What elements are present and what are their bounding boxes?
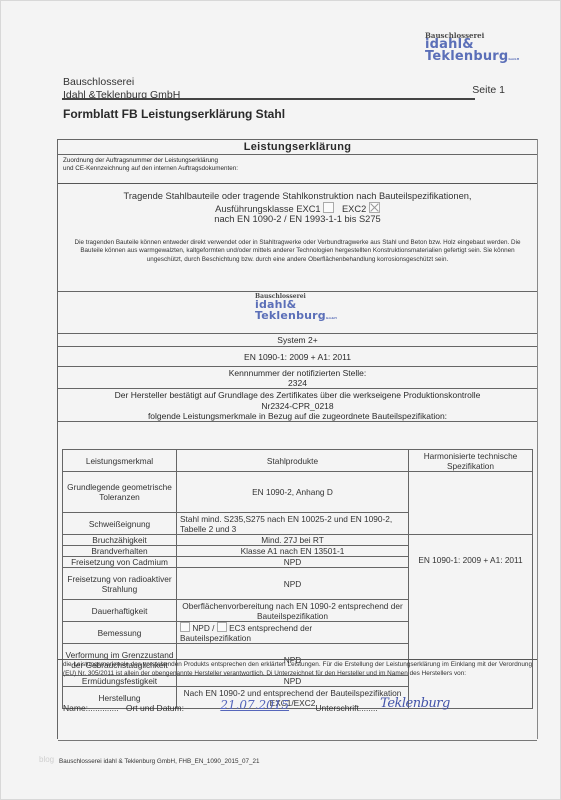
company-line-1: Bauschlosserei	[63, 76, 180, 89]
page-number: Seite 1	[472, 84, 505, 96]
logo-suffix: GmbH	[326, 316, 337, 320]
company-logo-small: Bauschlosserei idahl& TeklenburgGmbH	[255, 294, 337, 323]
declaration-form: Leistungserklärung Zuordnung der Auftrag…	[57, 139, 538, 739]
header-divider	[62, 98, 475, 100]
product-description: Die tragenden Bauteile können entweder d…	[64, 239, 531, 265]
handwritten-date: 21.07.2015	[220, 698, 289, 712]
npd-checkbox[interactable]	[180, 622, 190, 632]
product-line-3: nach EN 1090-2 / EN 1993-1-1 bis S275	[58, 214, 537, 225]
exc1-label: EXC1	[296, 204, 320, 214]
company-logo: Bauschlosserei idahl& TeklenburgGmbH	[425, 32, 519, 65]
manufacturer-line-3: folgende Leistungsmerkmale in Bezug auf …	[58, 411, 537, 422]
declaration-statement: die Leistungsmerkmale des vorstehenden P…	[58, 659, 537, 741]
feature-cell: Freisetzung von Cadmium	[63, 557, 177, 568]
bemessung-tail: Bauteilspezifikation	[180, 633, 251, 643]
feature-cell: Brandverhalten	[63, 546, 177, 557]
header-steel-products: Stahlprodukte	[177, 450, 409, 472]
assignment-line-1: Zuordnung der Auftragsnummer der Leistun…	[63, 157, 537, 165]
value-cell: Klasse A1 nach EN 13501-1	[177, 546, 409, 557]
manufacturer-line-1: Der Hersteller bestätigt auf Grundlage d…	[58, 390, 537, 401]
npd-label: NPD /	[192, 623, 214, 633]
feature-cell: Grundlegende geometrische Toleranzen	[63, 472, 177, 513]
assignment-line-2: und CE-Kennzeichnung auf den internen Au…	[63, 165, 537, 173]
execution-class-line: Ausführungsklasse EXC1 EXC2	[58, 202, 537, 215]
company-line-2: Idahl &Teklenburg GmbH	[63, 89, 180, 102]
feature-cell: Bruchzähigkeit	[63, 535, 177, 546]
footer-text: Bauschlosserei idahl & Teklenburg GmbH, …	[59, 758, 259, 765]
spec-cell-empty	[409, 472, 533, 535]
exc2-checkbox[interactable]	[369, 202, 380, 213]
feature-cell: Freisetzung von radioaktiver Strahlung	[63, 568, 177, 600]
standard-row: EN 1090-1: 2009 + A1: 2011	[58, 346, 537, 367]
logo-line-3: Teklenburg	[255, 309, 326, 322]
watermark: blog	[39, 755, 54, 764]
notified-body-row: Kennnummer der notifizierten Stelle: 232…	[58, 366, 537, 388]
document-page: Bauschlosserei idahl& TeklenburgGmbH Bau…	[0, 0, 561, 800]
value-cell: EN 1090-2, Anhang D	[177, 472, 409, 513]
logo-suffix: GmbH	[508, 57, 519, 61]
feature-cell: Bemessung	[63, 622, 177, 644]
document-title: Formblatt FB Leistungserklärung Stahl	[63, 107, 285, 121]
certificate-number: Nr2324-CPR_0218	[58, 401, 537, 412]
declaration-text: die Leistungsmerkmale des vorstehenden P…	[58, 660, 537, 678]
value-cell: Mind. 27J bei RT	[177, 535, 409, 546]
value-cell: Oberflächenvorbereitung nach EN 1090-2 e…	[177, 600, 409, 622]
feature-cell: Schweißeignung	[63, 513, 177, 535]
signature-label: Unterschrift........	[315, 703, 377, 713]
value-cell: NPD / EC3 entsprechend der Bauteilspezif…	[177, 622, 409, 644]
form-heading: Leistungserklärung	[58, 139, 537, 155]
value-cell: Stahl mind. S235,S275 nach EN 10025-2 un…	[177, 513, 409, 535]
table-row: Bruchzähigkeit Mind. 27J bei RT EN 1090-…	[63, 535, 533, 546]
place-date-label: Ort und Datum:	[126, 703, 184, 713]
table-header-row: Leistungsmerkmal Stahlprodukte Harmonisi…	[63, 450, 533, 472]
table-row: Grundlegende geometrische Toleranzen EN …	[63, 472, 533, 513]
ec3-checkbox[interactable]	[217, 622, 227, 632]
system-row: System 2+	[58, 333, 537, 347]
notified-body-label: Kennnummer der notifizierten Stelle:	[58, 368, 537, 378]
signature-line: Name:............. Ort und Datum: 21.07.…	[63, 700, 450, 715]
exc1-checkbox[interactable]	[323, 202, 334, 213]
handwritten-signature: Teklenburg	[380, 696, 450, 711]
header-feature: Leistungsmerkmal	[63, 450, 177, 472]
execution-class-label: Ausführungsklasse	[215, 204, 294, 214]
manufacturer-confirmation: Der Hersteller bestätigt auf Grundlage d…	[58, 388, 537, 421]
ec3-label: EC3 entsprechend der	[229, 623, 312, 633]
product-section: Tragende Stahlbauteile oder tragende Sta…	[58, 183, 537, 292]
notified-body-number: 2324	[58, 378, 537, 388]
assignment-note: Zuordnung der Auftragsnummer der Leistun…	[58, 154, 537, 183]
logo-line-3: Teklenburg	[425, 49, 508, 64]
logo-row: Bauschlosserei idahl& TeklenburgGmbH	[58, 291, 537, 334]
value-cell: NPD	[177, 568, 409, 600]
feature-cell: Dauerhaftigkeit	[63, 600, 177, 622]
product-line-1: Tragende Stahlbauteile oder tragende Sta…	[58, 191, 537, 202]
value-cell: NPD	[177, 557, 409, 568]
header-harmonized-spec: Harmonisierte technische Spezifikation	[409, 450, 533, 472]
exc2-label: EXC2	[342, 204, 366, 214]
name-label: Name:.............	[63, 703, 119, 713]
